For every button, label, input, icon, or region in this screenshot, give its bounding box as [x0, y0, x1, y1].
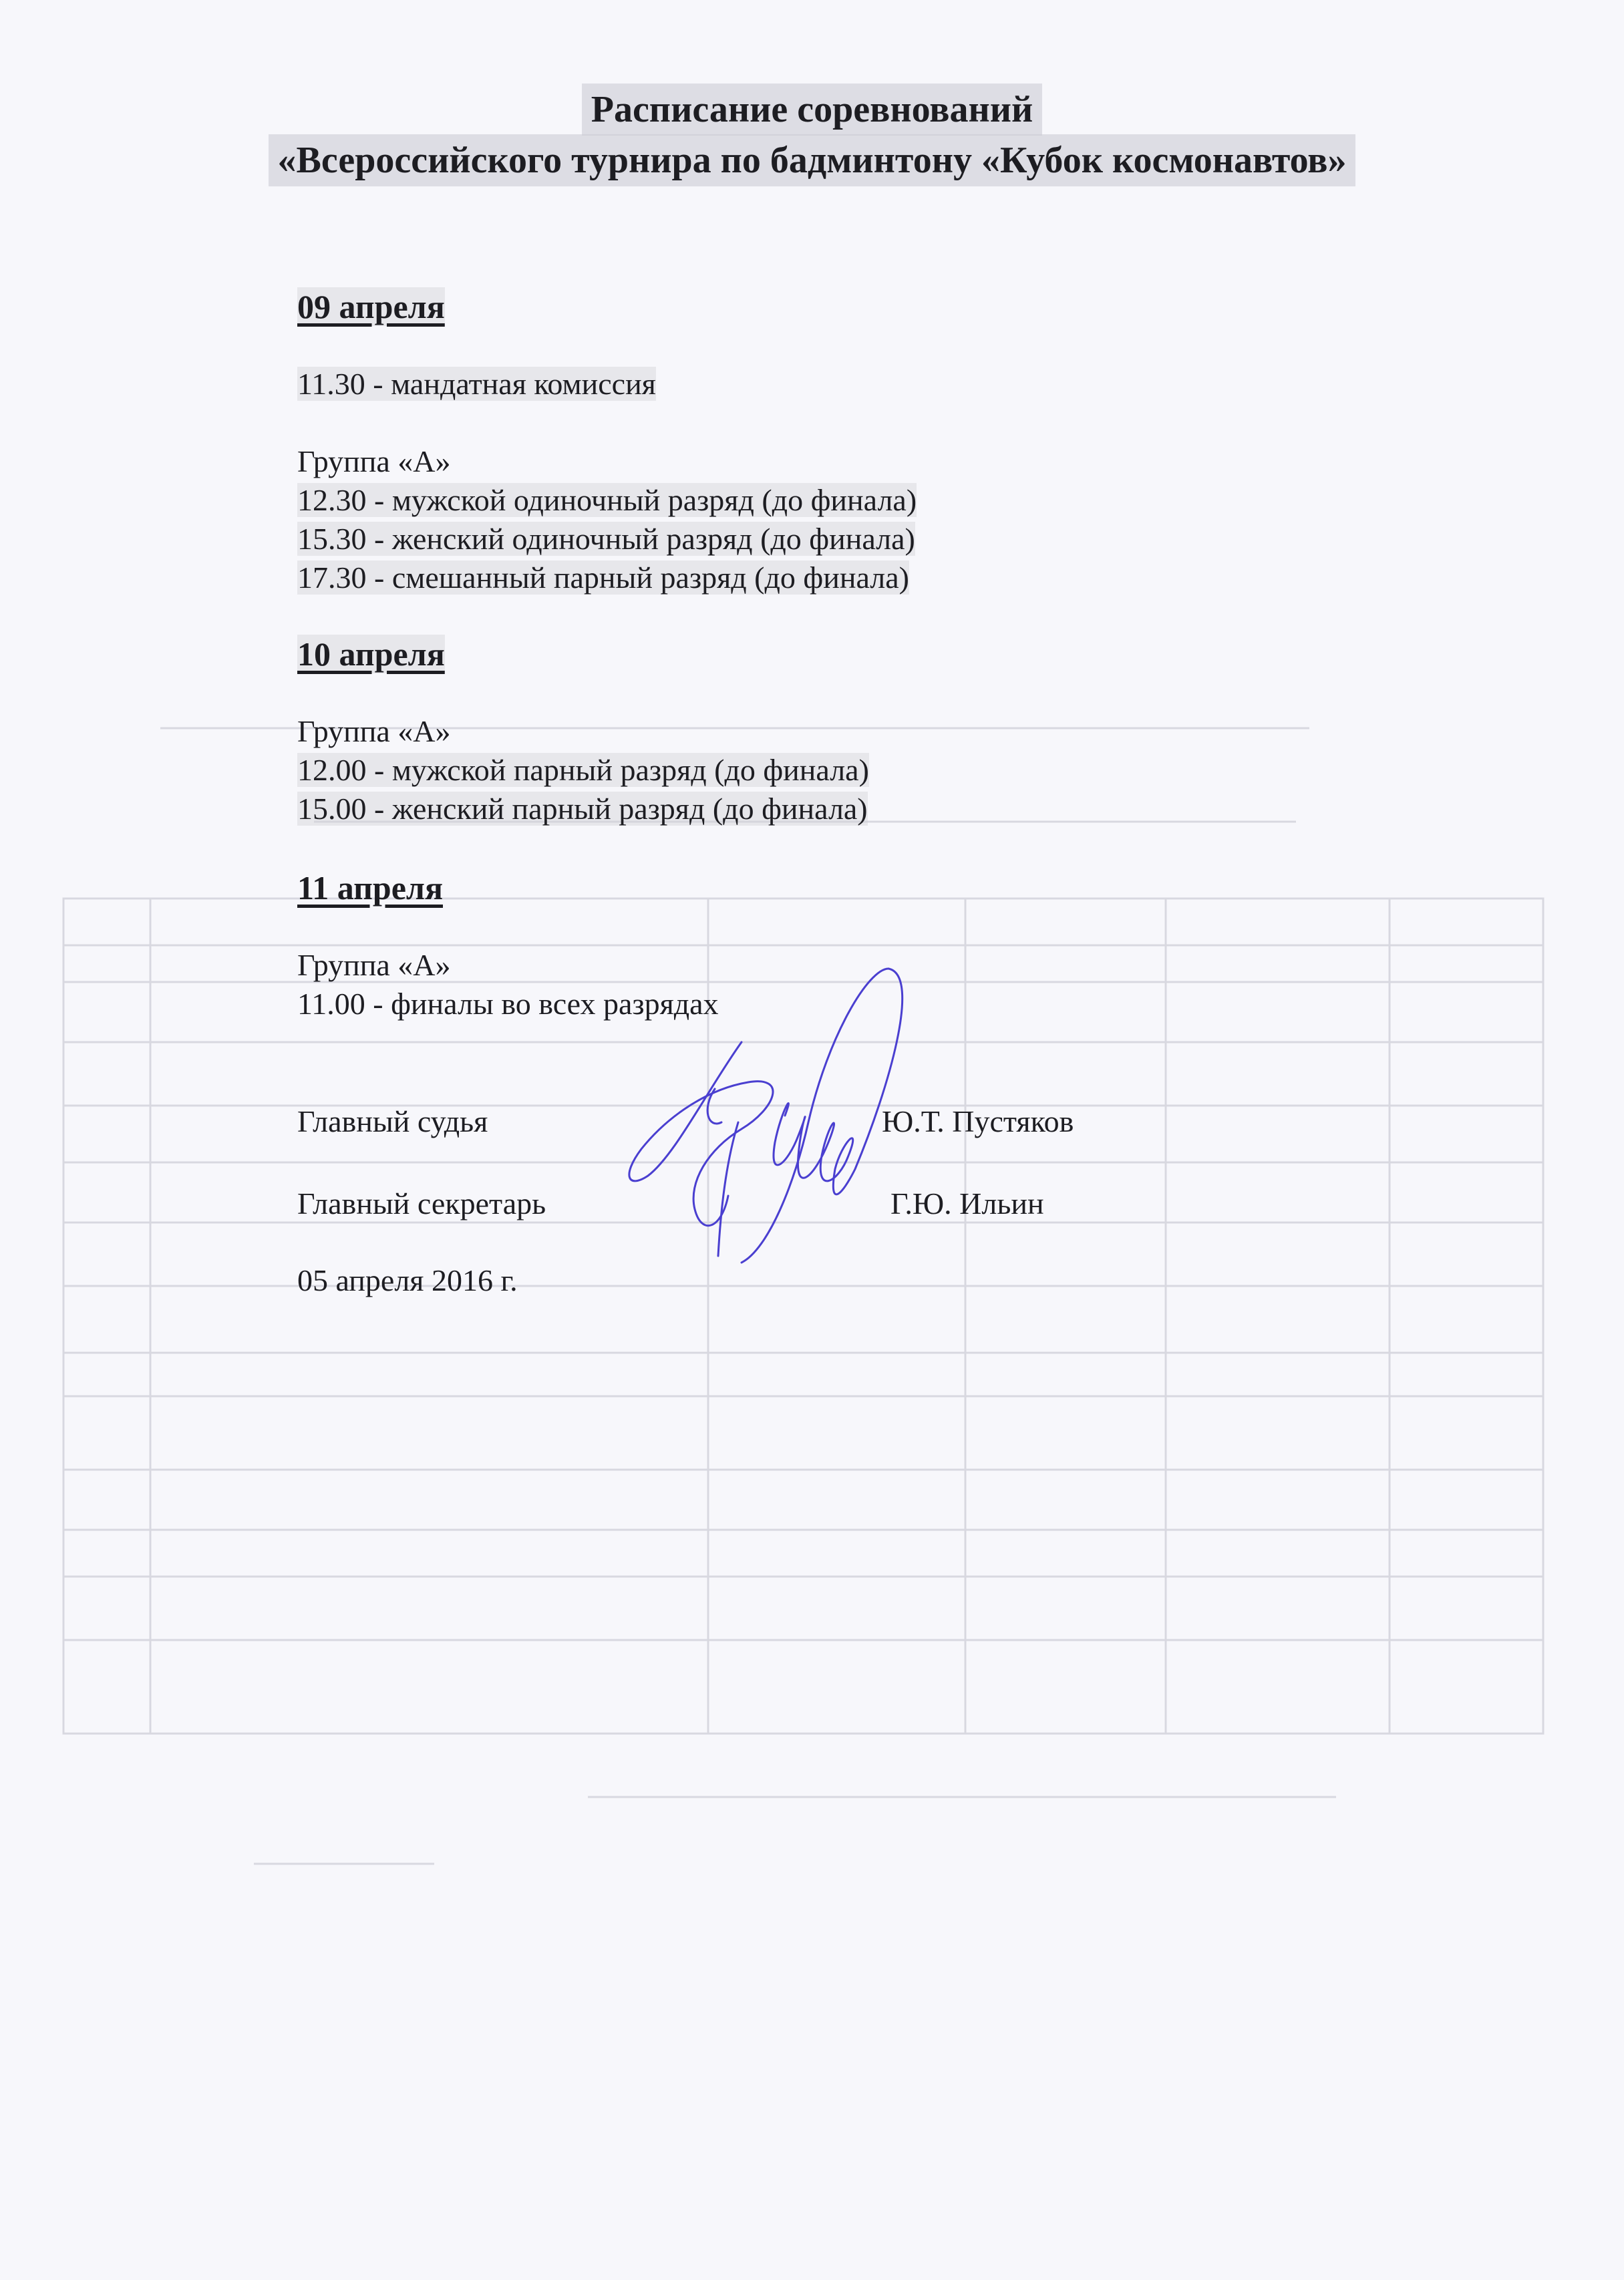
day-section-09: 09 апреля 11.30 - мандатная комиссия Гру… — [297, 287, 917, 597]
document-title-line1: Расписание соревнований — [0, 91, 1624, 128]
date-heading: 09 апреля — [297, 287, 445, 326]
schedule-item: 17.30 - смешанный парный разряд (до фина… — [297, 560, 909, 595]
schedule-item: 15.00 - женский парный разряд (до финала… — [297, 792, 868, 826]
date-heading: 11 апреля — [297, 868, 443, 907]
group-label: Группа «А» — [297, 712, 869, 751]
day-section-10: 10 апреля Группа «А» 12.00 - мужской пар… — [297, 635, 869, 828]
group-label: Группа «А» — [297, 442, 917, 481]
signed-date: 05 апреля 2016 г. — [297, 1263, 518, 1298]
schedule-item: 11.30 - мандатная комиссия — [297, 367, 656, 401]
signatory-role-chief-secretary: Главный секретарь — [297, 1186, 546, 1221]
schedule-item: 12.30 - мужской одиночный разряд (до фин… — [297, 483, 917, 517]
document-page: Расписание соревнований «Всероссийского … — [0, 0, 1624, 2280]
signatory-role-chief-judge: Главный судья — [297, 1104, 488, 1139]
document-title-line2: «Всероссийского турнира по бадминтону «К… — [0, 142, 1624, 179]
date-heading: 10 апреля — [297, 635, 445, 673]
schedule-item: 12.00 - мужской парный разряд (до финала… — [297, 753, 869, 787]
schedule-item: 15.30 - женский одиночный разряд (до фин… — [297, 522, 915, 556]
handwritten-signature — [575, 955, 922, 1276]
